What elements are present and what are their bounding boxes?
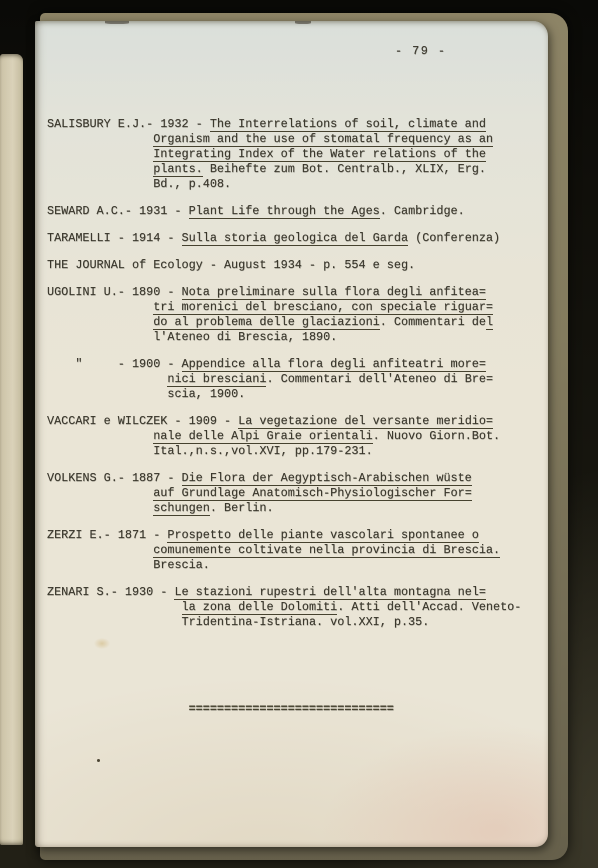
entry-text-segment: La vegetazione del versante meridio= [238, 414, 493, 429]
entry-text-segment: Nota preliminare sulla flora degli anfit… [182, 285, 486, 300]
entry-text-segment: SEWARD A.C.- 1931 - [47, 204, 189, 218]
entry-text-segment [47, 177, 153, 191]
entry-text-segment: Beihefte zum Bot. Centralb., XLIX, Erg. [203, 162, 486, 176]
bibliography: SALISBURY E.J.- 1932 - The Interrelation… [47, 87, 541, 747]
entry-text-segment: Bd., p.408. [153, 177, 231, 191]
entry-line: VACCARI e WILCZEK - 1909 - La vegetazion… [47, 414, 541, 429]
entry-text-segment: THE JOURNAL of Ecology - August 1934 - p… [47, 258, 415, 272]
entry-text-segment: Sulla storia geologica del Garda [182, 231, 409, 246]
entry-line: SALISBURY E.J.- 1932 - The Interrelation… [47, 117, 541, 132]
entry-line: SEWARD A.C.- 1931 - Plant Life through t… [47, 204, 541, 219]
entry-text-segment: Organism and the use of stomatal frequen… [153, 132, 493, 147]
entry-text-segment: nale delle Alpi Graie orientali [153, 429, 372, 444]
entry-line: nici bresciani. Commentari dell'Ateneo d… [47, 372, 541, 387]
entry-text-segment: VOLKENS G.- 1887 - [47, 471, 182, 485]
entry-line: plants. Beihefte zum Bot. Centralb., XLI… [47, 162, 541, 177]
entry-line: nale delle Alpi Graie orientali. Nuovo G… [47, 429, 541, 444]
entry-text-segment: plants. [153, 162, 203, 177]
entry-line: la zona delle Dolomiti. Atti dell'Accad.… [47, 600, 541, 615]
entry-text-segment: SALISBURY E.J.- 1932 - [47, 117, 210, 131]
entry-text-segment: . Berlin. [210, 501, 274, 515]
entry-text-segment: Le stazioni rupestri dell'alta montagna … [174, 585, 486, 600]
bibliography-entry: THE JOURNAL of Ecology - August 1934 - p… [47, 258, 541, 273]
entry-text-segment [47, 615, 182, 629]
entry-text-segment: auf Grundlage Anatomisch-Physiologischer… [153, 486, 472, 501]
entry-text-segment [47, 132, 153, 146]
entry-line: auf Grundlage Anatomisch-Physiologischer… [47, 486, 541, 501]
entry-text-segment [47, 444, 153, 458]
page-edge-chip [295, 21, 311, 24]
page-edge-chip [105, 21, 129, 24]
entry-text-segment: Tridentina-Istriana. vol.XXI, p.35. [182, 615, 430, 629]
entry-line: Tridentina-Istriana. vol.XXI, p.35. [47, 615, 541, 630]
entry-line: Integrating Index of the Water relations… [47, 147, 541, 162]
entry-text-segment: Integrating Index of the Water relations… [153, 147, 486, 162]
entry-text-segment [47, 387, 167, 401]
bibliography-entry: ZENARI S.- 1930 - Le stazioni rupestri d… [47, 585, 541, 630]
entry-text-segment [47, 162, 153, 176]
entry-line: TARAMELLI - 1914 - Sulla storia geologic… [47, 231, 541, 246]
entry-line: " - 1900 - Appendice alla flora degli an… [47, 357, 541, 372]
entry-text-segment [47, 429, 153, 443]
entry-text-segment: ZENARI S.- 1930 - [47, 585, 174, 599]
entry-text-segment [47, 501, 153, 515]
scanned-page: - 79 - SALISBURY E.J.- 1932 - The Interr… [35, 21, 548, 847]
bibliography-entry: VOLKENS G.- 1887 - Die Flora der Aegypti… [47, 471, 541, 516]
entry-text-segment [47, 600, 182, 614]
entry-line: Organism and the use of stomatal frequen… [47, 132, 541, 147]
entry-text-segment: UGOLINI U.- 1890 - [47, 285, 182, 299]
page-number: - 79 - [395, 44, 446, 58]
entry-text-segment: schungen [153, 501, 210, 516]
entry-text-segment: Ital.,n.s.,vol.XVI, pp.179-231. [153, 444, 372, 458]
entry-line: ZENARI S.- 1930 - Le stazioni rupestri d… [47, 585, 541, 600]
bibliography-entry: " - 1900 - Appendice alla flora degli an… [47, 357, 541, 402]
entry-line: do al problema delle glaciazioni. Commen… [47, 315, 541, 330]
entry-line: tri morenici del bresciano, con speciale… [47, 300, 541, 315]
entry-text-segment [47, 330, 153, 344]
entry-text-segment [47, 558, 153, 572]
entry-line: comunemente coltivate nella provincia di… [47, 543, 541, 558]
entry-text-segment: la zona delle Dolomiti [182, 600, 338, 615]
entry-text-segment: l [486, 315, 493, 330]
entry-text-segment: . Atti dell'Accad. Veneto- [337, 600, 521, 614]
entry-text-segment: Appendice alla flora degli anfiteatri mo… [182, 357, 486, 372]
entry-text-segment: Prospetto delle piante vascolari spontan… [167, 528, 479, 543]
entry-line: ZERZI E.- 1871 - Prospetto delle piante … [47, 528, 541, 543]
separator-line: ============================= [47, 702, 541, 717]
entry-text-segment: do al problema delle glaciazioni [153, 315, 380, 330]
entry-line: Brescia. [47, 558, 541, 573]
bibliography-entry: TARAMELLI - 1914 - Sulla storia geologic… [47, 231, 541, 246]
entry-text-segment: Brescia. [153, 558, 210, 572]
entry-text-segment [47, 372, 167, 386]
previous-page-edge [0, 54, 23, 845]
entry-text-segment: . Nuovo Giorn.Bot. [373, 429, 500, 443]
entry-text-segment [47, 543, 153, 557]
entry-text-segment [47, 315, 153, 329]
bibliography-entry: SALISBURY E.J.- 1932 - The Interrelation… [47, 117, 541, 192]
entry-line: scia, 1900. [47, 387, 541, 402]
entry-text-segment: TARAMELLI - 1914 - [47, 231, 182, 245]
entry-text-segment: ZERZI E.- 1871 - [47, 528, 167, 542]
entry-text-segment: (Conferenza) [408, 231, 500, 245]
bibliography-entry: SEWARD A.C.- 1931 - Plant Life through t… [47, 204, 541, 219]
entry-line: UGOLINI U.- 1890 - Nota preliminare sull… [47, 285, 541, 300]
book-scan-background: - 79 - SALISBURY E.J.- 1932 - The Interr… [0, 0, 598, 868]
entry-text-segment: tri morenici del bresciano, con speciale… [153, 300, 493, 315]
entry-line: THE JOURNAL of Ecology - August 1934 - p… [47, 258, 541, 273]
entry-text-segment: comunemente coltivate nella provincia di… [153, 543, 500, 558]
entry-text-segment: l'Ateneo di Brescia, 1890. [153, 330, 337, 344]
entry-line: Bd., p.408. [47, 177, 541, 192]
entry-line: Ital.,n.s.,vol.XVI, pp.179-231. [47, 444, 541, 459]
entry-text-segment [47, 300, 153, 314]
entry-text-segment [47, 486, 153, 500]
entries-list: SALISBURY E.J.- 1932 - The Interrelation… [47, 117, 541, 630]
bibliography-entry: UGOLINI U.- 1890 - Nota preliminare sull… [47, 285, 541, 345]
entry-line: l'Ateneo di Brescia, 1890. [47, 330, 541, 345]
entry-line: schungen. Berlin. [47, 501, 541, 516]
entry-text-segment [47, 147, 153, 161]
entry-text-segment: " - 1900 - [47, 357, 182, 371]
entry-text-segment: . Commentari dell'Ateneo di Bre= [266, 372, 493, 386]
entry-text-segment: The Interrelations of soil, climate and [210, 117, 486, 132]
entry-text-segment: VACCARI e WILCZEK - 1909 - [47, 414, 238, 428]
entry-text-segment: nici bresciani [167, 372, 266, 387]
ink-speck [97, 759, 100, 762]
entry-text-segment: Plant Life through the Ages [189, 204, 380, 219]
entry-line: VOLKENS G.- 1887 - Die Flora der Aegypti… [47, 471, 541, 486]
stain [94, 638, 110, 649]
entry-text-segment: scia, 1900. [167, 387, 245, 401]
entry-text-segment: . Cambridge. [380, 204, 465, 218]
entry-text-segment: Die Flora der Aegyptisch-Arabischen wüst… [182, 471, 472, 486]
entry-text-segment: . Commentari de [380, 315, 486, 329]
bibliography-entry: VACCARI e WILCZEK - 1909 - La vegetazion… [47, 414, 541, 459]
bibliography-entry: ZERZI E.- 1871 - Prospetto delle piante … [47, 528, 541, 573]
